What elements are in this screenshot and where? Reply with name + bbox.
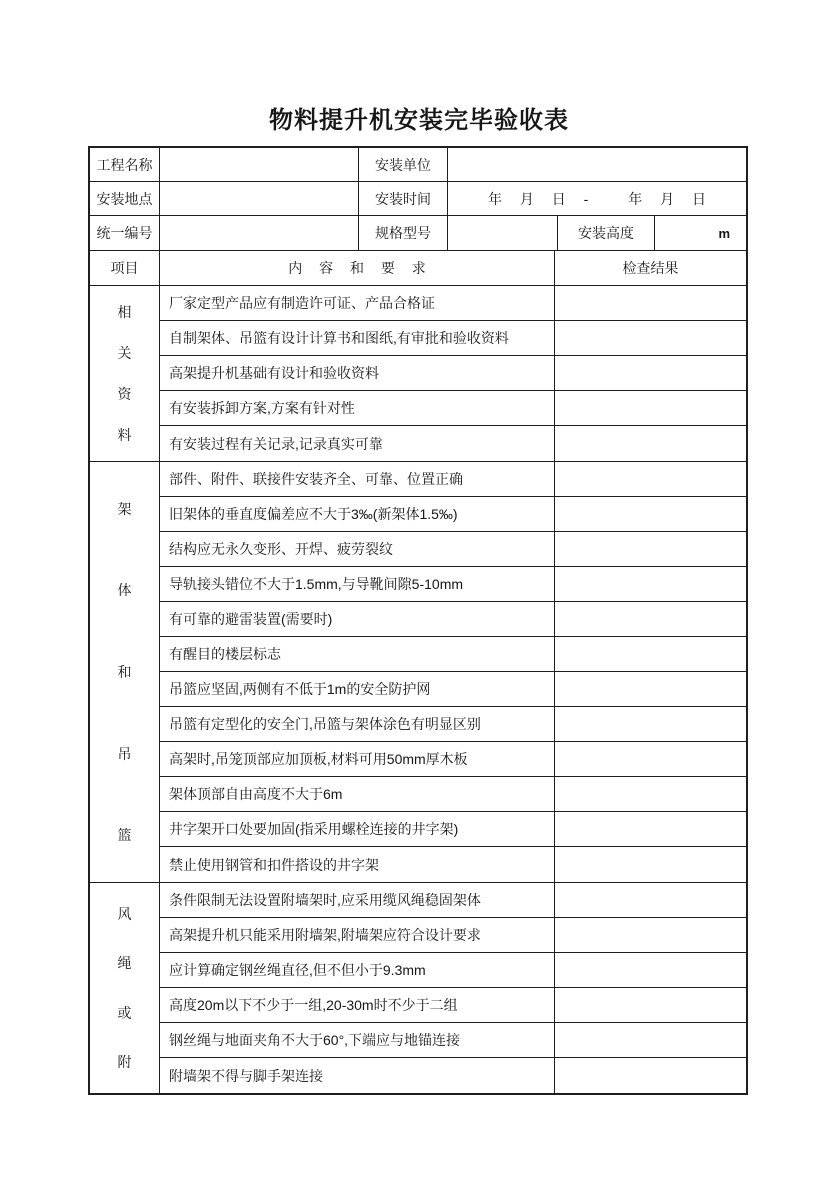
result-cell[interactable] <box>555 602 746 636</box>
requirement-text: 应计算确定钢丝绳直径,但不但小于9.3mm <box>160 953 555 987</box>
requirement-text: 部件、附件、联接件安装齐全、可靠、位置正确 <box>160 462 555 496</box>
section-label-char: 关 <box>118 343 132 363</box>
requirement-text: 架体顶部自由高度不大于6m <box>160 777 555 811</box>
table-row: 井字架开口处要加固(指采用螺栓连接的井字架) <box>160 812 746 847</box>
requirement-text: 有安装过程有关记录,记录真实可靠 <box>160 426 555 461</box>
requirement-text: 结构应无永久变形、开焊、疲劳裂纹 <box>160 532 555 566</box>
requirement-text: 有可靠的避雷装置(需要时) <box>160 602 555 636</box>
requirement-text: 高度20m以下不少于一组,20-30m时不少于二组 <box>160 988 555 1022</box>
section-frame-and-basket: 架 体 和 吊 篮 部件、附件、联接件安装齐全、可靠、位置正确 旧架体的垂直度偏… <box>90 462 746 883</box>
result-cell[interactable] <box>555 953 746 987</box>
requirement-text: 导轨接头错位不大于1.5mm,与导靴间隙5-10mm <box>160 567 555 601</box>
install-time-start: 年 月 日 - <box>488 189 588 209</box>
project-name-value[interactable] <box>160 148 359 181</box>
result-cell[interactable] <box>555 988 746 1022</box>
table-row: 高架提升机只能采用附墙架,附墙架应符合设计要求 <box>160 918 746 953</box>
section-label-char: 绳 <box>118 953 132 973</box>
table-row: 架体顶部自由高度不大于6m <box>160 777 746 812</box>
section-label-frame-and-basket: 架 体 和 吊 篮 <box>90 462 160 882</box>
table-row: 高架提升机基础有设计和验收资料 <box>160 356 746 391</box>
table-row: 附墙架不得与脚手架连接 <box>160 1058 746 1093</box>
column-header-row: 项目 内 容 和 要 求 检查结果 <box>90 251 746 286</box>
result-cell[interactable] <box>555 1023 746 1057</box>
result-cell[interactable] <box>555 321 746 355</box>
header-row-number: 统一编号 规格型号 安装高度 m <box>90 216 746 251</box>
table-row: 有醒目的楼层标志 <box>160 637 746 672</box>
table-row: 钢丝绳与地面夹角不大于60°,下端应与地锚连接 <box>160 1023 746 1058</box>
result-cell[interactable] <box>555 777 746 811</box>
table-row: 有可靠的避雷装置(需要时) <box>160 602 746 637</box>
section-label-char: 和 <box>118 662 132 682</box>
table-row: 导轨接头错位不大于1.5mm,与导靴间隙5-10mm <box>160 567 746 602</box>
requirement-text: 高架时,吊笼顶部应加顶板,材料可用50mm厚木板 <box>160 742 555 776</box>
section-label-char: 体 <box>118 580 132 600</box>
section-related-documents: 相 关 资 料 厂家定型产品应有制造许可证、产品合格证 自制架体、吊篮有设计计算… <box>90 286 746 462</box>
result-cell[interactable] <box>555 812 746 846</box>
section-label-wind-rope: 风 绳 或 附 <box>90 883 160 1093</box>
requirement-text: 有安装拆卸方案,方案有针对性 <box>160 391 555 425</box>
requirement-text: 附墙架不得与脚手架连接 <box>160 1058 555 1093</box>
section-label-char: 附 <box>118 1052 132 1072</box>
table-row: 条件限制无法设置附墙架时,应采用缆风绳稳固架体 <box>160 883 746 918</box>
install-time-end: 年 月 日 <box>628 189 706 209</box>
result-cell[interactable] <box>555 462 746 496</box>
table-row: 有安装过程有关记录,记录真实可靠 <box>160 426 746 461</box>
requirement-text: 条件限制无法设置附墙架时,应采用缆风绳稳固架体 <box>160 883 555 917</box>
requirement-text: 旧架体的垂直度偏差应不大于3‰(新架体1.5‰) <box>160 497 555 531</box>
table-row: 厂家定型产品应有制造许可证、产品合格证 <box>160 286 746 321</box>
section-label-char: 吊 <box>118 744 132 764</box>
section-label-char: 或 <box>118 1003 132 1023</box>
table-row: 部件、附件、联接件安装齐全、可靠、位置正确 <box>160 462 746 497</box>
install-height-unit: m <box>655 216 746 250</box>
table-row: 有安装拆卸方案,方案有针对性 <box>160 391 746 426</box>
requirement-text: 高架提升机基础有设计和验收资料 <box>160 356 555 390</box>
requirement-text: 禁止使用钢管和扣件搭设的井字架 <box>160 847 555 882</box>
requirement-text: 自制架体、吊篮有设计计算书和图纸,有审批和验收资料 <box>160 321 555 355</box>
result-cell[interactable] <box>555 356 746 390</box>
install-unit-label: 安装单位 <box>359 148 448 181</box>
result-cell[interactable] <box>555 672 746 706</box>
install-unit-value[interactable] <box>448 148 746 181</box>
install-location-value[interactable] <box>160 182 359 215</box>
requirement-text: 有醒目的楼层标志 <box>160 637 555 671</box>
result-cell[interactable] <box>555 532 746 566</box>
table-row: 高架时,吊笼顶部应加顶板,材料可用50mm厚木板 <box>160 742 746 777</box>
install-time-label: 安装时间 <box>359 182 448 215</box>
section-label-char: 料 <box>118 425 132 445</box>
table-row: 高度20m以下不少于一组,20-30m时不少于二组 <box>160 988 746 1023</box>
result-cell[interactable] <box>555 707 746 741</box>
requirement-text: 厂家定型产品应有制造许可证、产品合格证 <box>160 286 555 320</box>
section-label-char: 相 <box>118 302 132 322</box>
table-row: 结构应无永久变形、开焊、疲劳裂纹 <box>160 532 746 567</box>
table-row: 旧架体的垂直度偏差应不大于3‰(新架体1.5‰) <box>160 497 746 532</box>
install-time-value[interactable]: 年 月 日 - 年 月 日 <box>448 182 746 215</box>
section-label-char: 风 <box>118 904 132 924</box>
table-row: 应计算确定钢丝绳直径,但不但小于9.3mm <box>160 953 746 988</box>
install-height-label: 安装高度 <box>558 216 655 250</box>
requirement-text: 钢丝绳与地面夹角不大于60°,下端应与地锚连接 <box>160 1023 555 1057</box>
result-cell[interactable] <box>555 847 746 882</box>
project-name-label: 工程名称 <box>90 148 160 181</box>
section-label-char: 架 <box>118 499 132 519</box>
section-label-related-documents: 相 关 资 料 <box>90 286 160 461</box>
model-spec-label: 规格型号 <box>359 216 448 250</box>
header-row-project: 工程名称 安装单位 <box>90 148 746 182</box>
column-header-content: 内 容 和 要 求 <box>160 251 555 285</box>
requirement-text: 高架提升机只能采用附墙架,附墙架应符合设计要求 <box>160 918 555 952</box>
table-row: 吊篮有定型化的安全门,吊篮与架体涂色有明显区别 <box>160 707 746 742</box>
result-cell[interactable] <box>555 883 746 917</box>
model-spec-value[interactable] <box>448 216 558 250</box>
header-row-location: 安装地点 安装时间 年 月 日 - 年 月 日 <box>90 182 746 216</box>
table-row: 自制架体、吊篮有设计计算书和图纸,有审批和验收资料 <box>160 321 746 356</box>
result-cell[interactable] <box>555 918 746 952</box>
result-cell[interactable] <box>555 286 746 320</box>
result-cell[interactable] <box>555 742 746 776</box>
result-cell[interactable] <box>555 391 746 425</box>
requirement-text: 吊篮有定型化的安全门,吊篮与架体涂色有明显区别 <box>160 707 555 741</box>
column-header-item: 项目 <box>90 251 160 285</box>
result-cell[interactable] <box>555 1058 746 1093</box>
result-cell[interactable] <box>555 637 746 671</box>
unified-number-label: 统一编号 <box>90 216 160 250</box>
table-row: 禁止使用钢管和扣件搭设的井字架 <box>160 847 746 882</box>
column-header-result: 检查结果 <box>555 251 746 285</box>
result-cell[interactable] <box>555 497 746 531</box>
requirement-text: 吊篮应坚固,两侧有不低于1m的安全防护网 <box>160 672 555 706</box>
unified-number-value[interactable] <box>160 216 359 250</box>
result-cell[interactable] <box>555 426 746 461</box>
section-label-char: 篮 <box>118 825 132 845</box>
requirement-text: 井字架开口处要加固(指采用螺栓连接的井字架) <box>160 812 555 846</box>
section-label-char: 资 <box>118 384 132 404</box>
install-location-label: 安装地点 <box>90 182 160 215</box>
result-cell[interactable] <box>555 567 746 601</box>
document-page: 物料提升机安装完毕验收表 工程名称 安装单位 安装地点 安装时间 年 月 日 -… <box>0 0 838 1186</box>
acceptance-form-table: 工程名称 安装单位 安装地点 安装时间 年 月 日 - 年 月 日 统一编号 规… <box>88 146 748 1095</box>
section-wind-rope-or-wall-frame: 风 绳 或 附 条件限制无法设置附墙架时,应采用缆风绳稳固架体 高架提升机只能采… <box>90 883 746 1093</box>
table-row: 吊篮应坚固,两侧有不低于1m的安全防护网 <box>160 672 746 707</box>
page-title: 物料提升机安装完毕验收表 <box>0 100 838 135</box>
